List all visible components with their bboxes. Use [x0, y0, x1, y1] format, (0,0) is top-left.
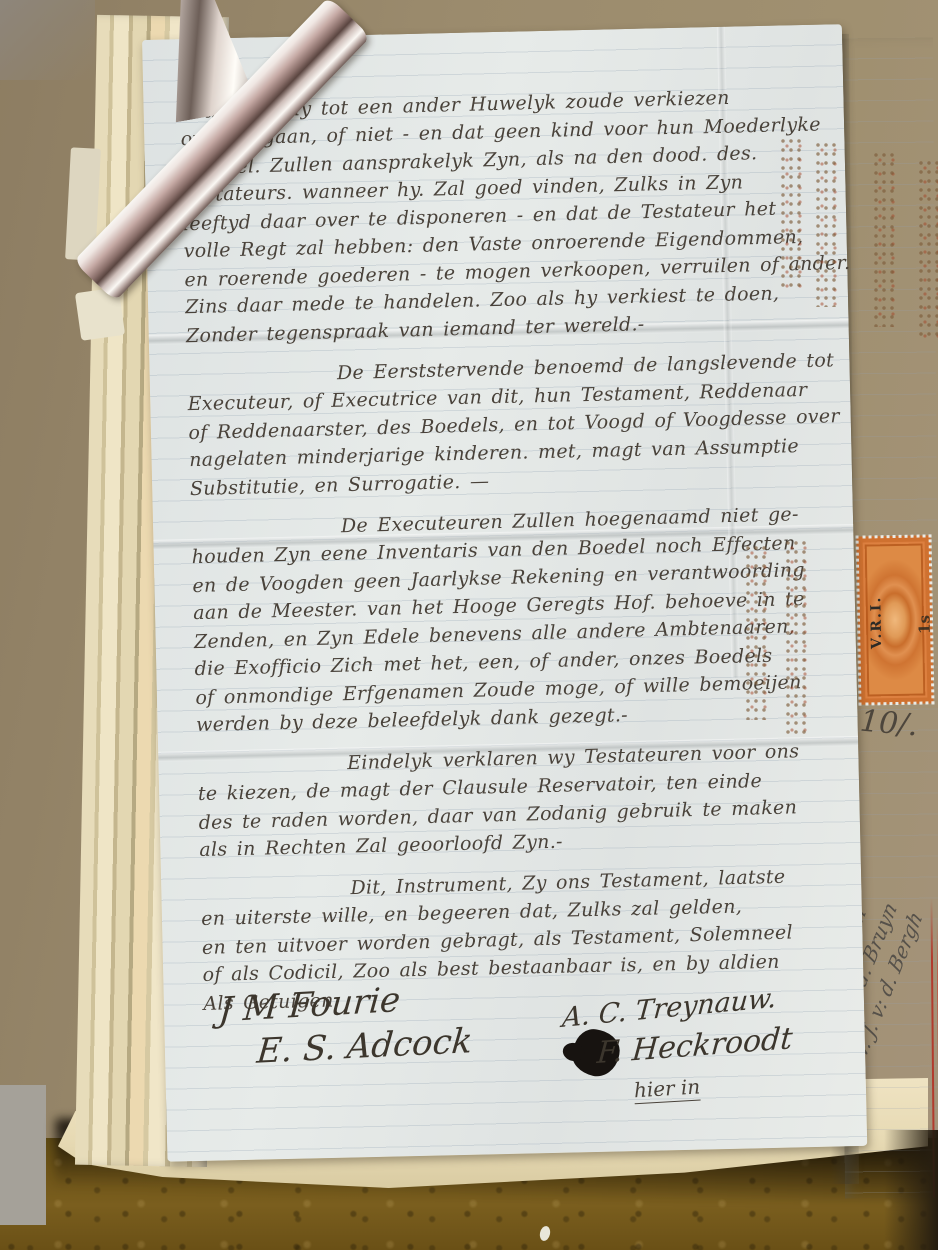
- stamp-denomination: 1s: [915, 615, 933, 634]
- paragraph: Eindelyk verklaren wy Testateuren voor o…: [197, 736, 840, 865]
- perforation-column: [780, 138, 804, 288]
- dark-corner-shadow: [884, 1130, 938, 1250]
- perforation-column: [815, 142, 839, 307]
- footnote-hier-in: hier in: [633, 1074, 701, 1104]
- perforation-column: [873, 152, 897, 327]
- paragraph: De Executeuren Zullen hoegenaamd niet ge…: [191, 499, 837, 740]
- perforation-column: [785, 540, 809, 735]
- perforation-column: [918, 160, 938, 340]
- photograph: V.R.I. 1s 10/. als Getuigen J. G. v: d. …: [0, 0, 938, 1250]
- signature: F. Heckroodt: [596, 1021, 794, 1071]
- perforation-column: [745, 545, 769, 720]
- stamp-overprint: V.R.I.: [868, 596, 885, 650]
- revenue-stamp: V.R.I. 1s: [857, 535, 934, 704]
- background-corner-shading: [0, 0, 95, 80]
- paragraph: De Eerststervende benoemd de langslevend…: [187, 346, 830, 503]
- gray-edge-bottom-left: [0, 1085, 46, 1225]
- folio-number: 10/.: [859, 704, 920, 744]
